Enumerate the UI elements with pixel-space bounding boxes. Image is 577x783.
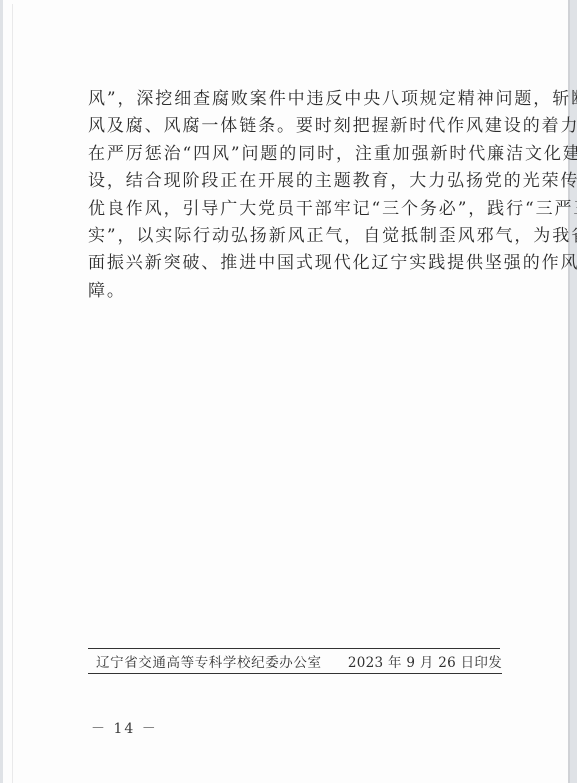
body-paragraph: 风”，深挖细查腐败案件中违反中央八项规定精神问题，斩断由 风及腐、风腐一体链条。… bbox=[88, 86, 508, 305]
body-line: 障。 bbox=[88, 278, 508, 305]
body-line: 设，结合现阶段正在开展的主题教育，大力弘扬党的光荣传统和 bbox=[88, 168, 508, 195]
page-number: － 14 － bbox=[91, 718, 158, 738]
document-viewer: 风”，深挖细查腐败案件中违反中央八项规定精神问题，斩断由 风及腐、风腐一体链条。… bbox=[0, 0, 577, 783]
issue-date: 2023 年 9 月 26 日印发 bbox=[348, 653, 502, 673]
body-line: 面振兴新突破、推进中国式现代化辽宁实践提供坚强的作风保 bbox=[88, 250, 508, 277]
body-line: 风及腐、风腐一体链条。要时刻把握新时代作风建设的着力点， bbox=[88, 113, 508, 140]
page-edge-shadow bbox=[12, 4, 13, 783]
document-page: 风”，深挖细查腐败案件中违反中央八项规定精神问题，斩断由 风及腐、风腐一体链条。… bbox=[3, 0, 570, 783]
issuer-name: 辽宁省交通高等专科学校纪委办公室 bbox=[96, 653, 322, 673]
body-line: 风”，深挖细查腐败案件中违反中央八项规定精神问题，斩断由 bbox=[88, 86, 508, 113]
body-line: 在严厉惩治“四风”问题的同时，注重加强新时代廉洁文化建 bbox=[88, 141, 508, 168]
footer-rule-bottom bbox=[88, 673, 502, 674]
issuance-footer: 辽宁省交通高等专科学校纪委办公室 2023 年 9 月 26 日印发 bbox=[88, 653, 502, 673]
footer-rule-top bbox=[88, 648, 500, 649]
body-line: 实”，以实际行动弘扬新风正气，自觉抵制歪风邪气，为我省全 bbox=[88, 223, 508, 250]
body-line: 优良作风，引导广大党员干部牢记“三个务必”，践行“三严三 bbox=[88, 196, 508, 223]
